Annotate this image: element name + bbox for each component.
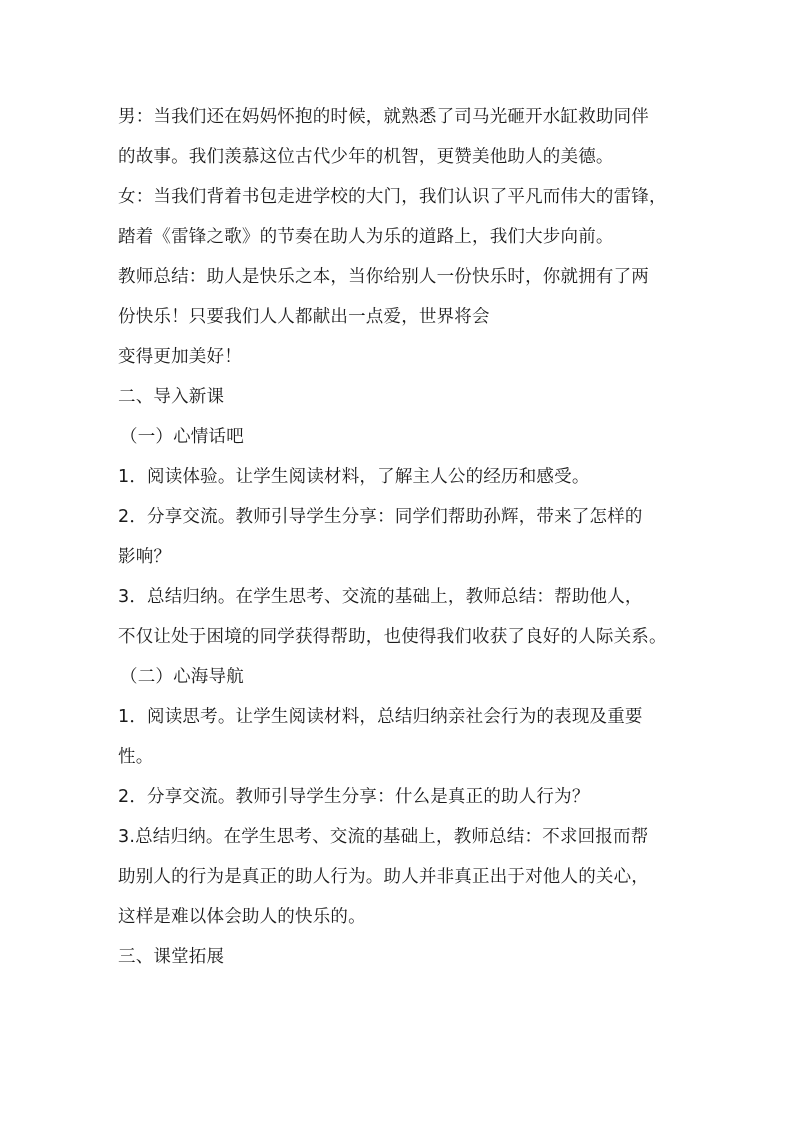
- teacher-summary-line-3: 变得更加美好！: [118, 342, 242, 372]
- list-item-2-3-line-1: 3.总结归纳。在学生思考、交流的基础上，教师总结：不求回报而帮: [118, 822, 648, 852]
- teacher-summary-line-2: 份快乐！只要我们人人都献出一点爱，世界将会: [118, 302, 490, 332]
- list-item-2-3-line-2: 助别人的行为是真正的助人行为。助人并非真正出于对他人的关心，: [118, 862, 649, 892]
- list-item-2-1-line-1: 1．阅读思考。让学生阅读材料，总结归纳亲社会行为的表现及重要: [118, 702, 643, 732]
- teacher-summary-line-1: 教师总结：助人是快乐之本，当你给别人一份快乐时，你就拥有了两: [118, 262, 649, 292]
- subsection-heading-1: （一）心情话吧: [120, 422, 244, 452]
- list-item-1-3-line-2: 不仅让处于困境的同学获得帮助，也使得我们收获了良好的人际关系。: [118, 622, 667, 652]
- dialogue-female-line-1: 女：当我们背着书包走进学校的大门，我们认识了平凡而伟大的雷锋，: [118, 182, 667, 212]
- dialogue-female-line-2: 踏着《雷锋之歌》的节奏在助人为乐的道路上，我们大步向前。: [118, 222, 614, 252]
- list-item-1-3-line-1: 3．总结归纳。在学生思考、交流的基础上，教师总结：帮助他人，: [118, 582, 643, 612]
- list-item-1-1: 1．阅读体验。让学生阅读材料，了解主人公的经历和感受。: [118, 462, 590, 492]
- section-heading-2: 二、导入新课: [118, 382, 224, 412]
- list-item-2-2: 2．分享交流。教师引导学生分享：什么是真正的助人行为？: [118, 782, 590, 812]
- dialogue-male-line-1: 男：当我们还在妈妈怀抱的时候，就熟悉了司马光砸开水缸救助同伴: [118, 102, 649, 132]
- section-heading-3: 三、课堂拓展: [118, 942, 224, 972]
- dialogue-male-line-2: 的故事。我们羡慕这位古代少年的机智，更赞美他助人的美德。: [118, 142, 614, 172]
- list-item-2-1-line-2: 性。: [118, 742, 153, 772]
- list-item-1-2-line-2: 影响？: [118, 542, 171, 572]
- list-item-2-3-line-3: 这样是难以体会助人的快乐的。: [118, 902, 366, 932]
- subsection-heading-2: （二）心海导航: [120, 662, 244, 692]
- list-item-1-2-line-1: 2．分享交流。教师引导学生分享：同学们帮助孙辉，带来了怎样的: [118, 502, 643, 532]
